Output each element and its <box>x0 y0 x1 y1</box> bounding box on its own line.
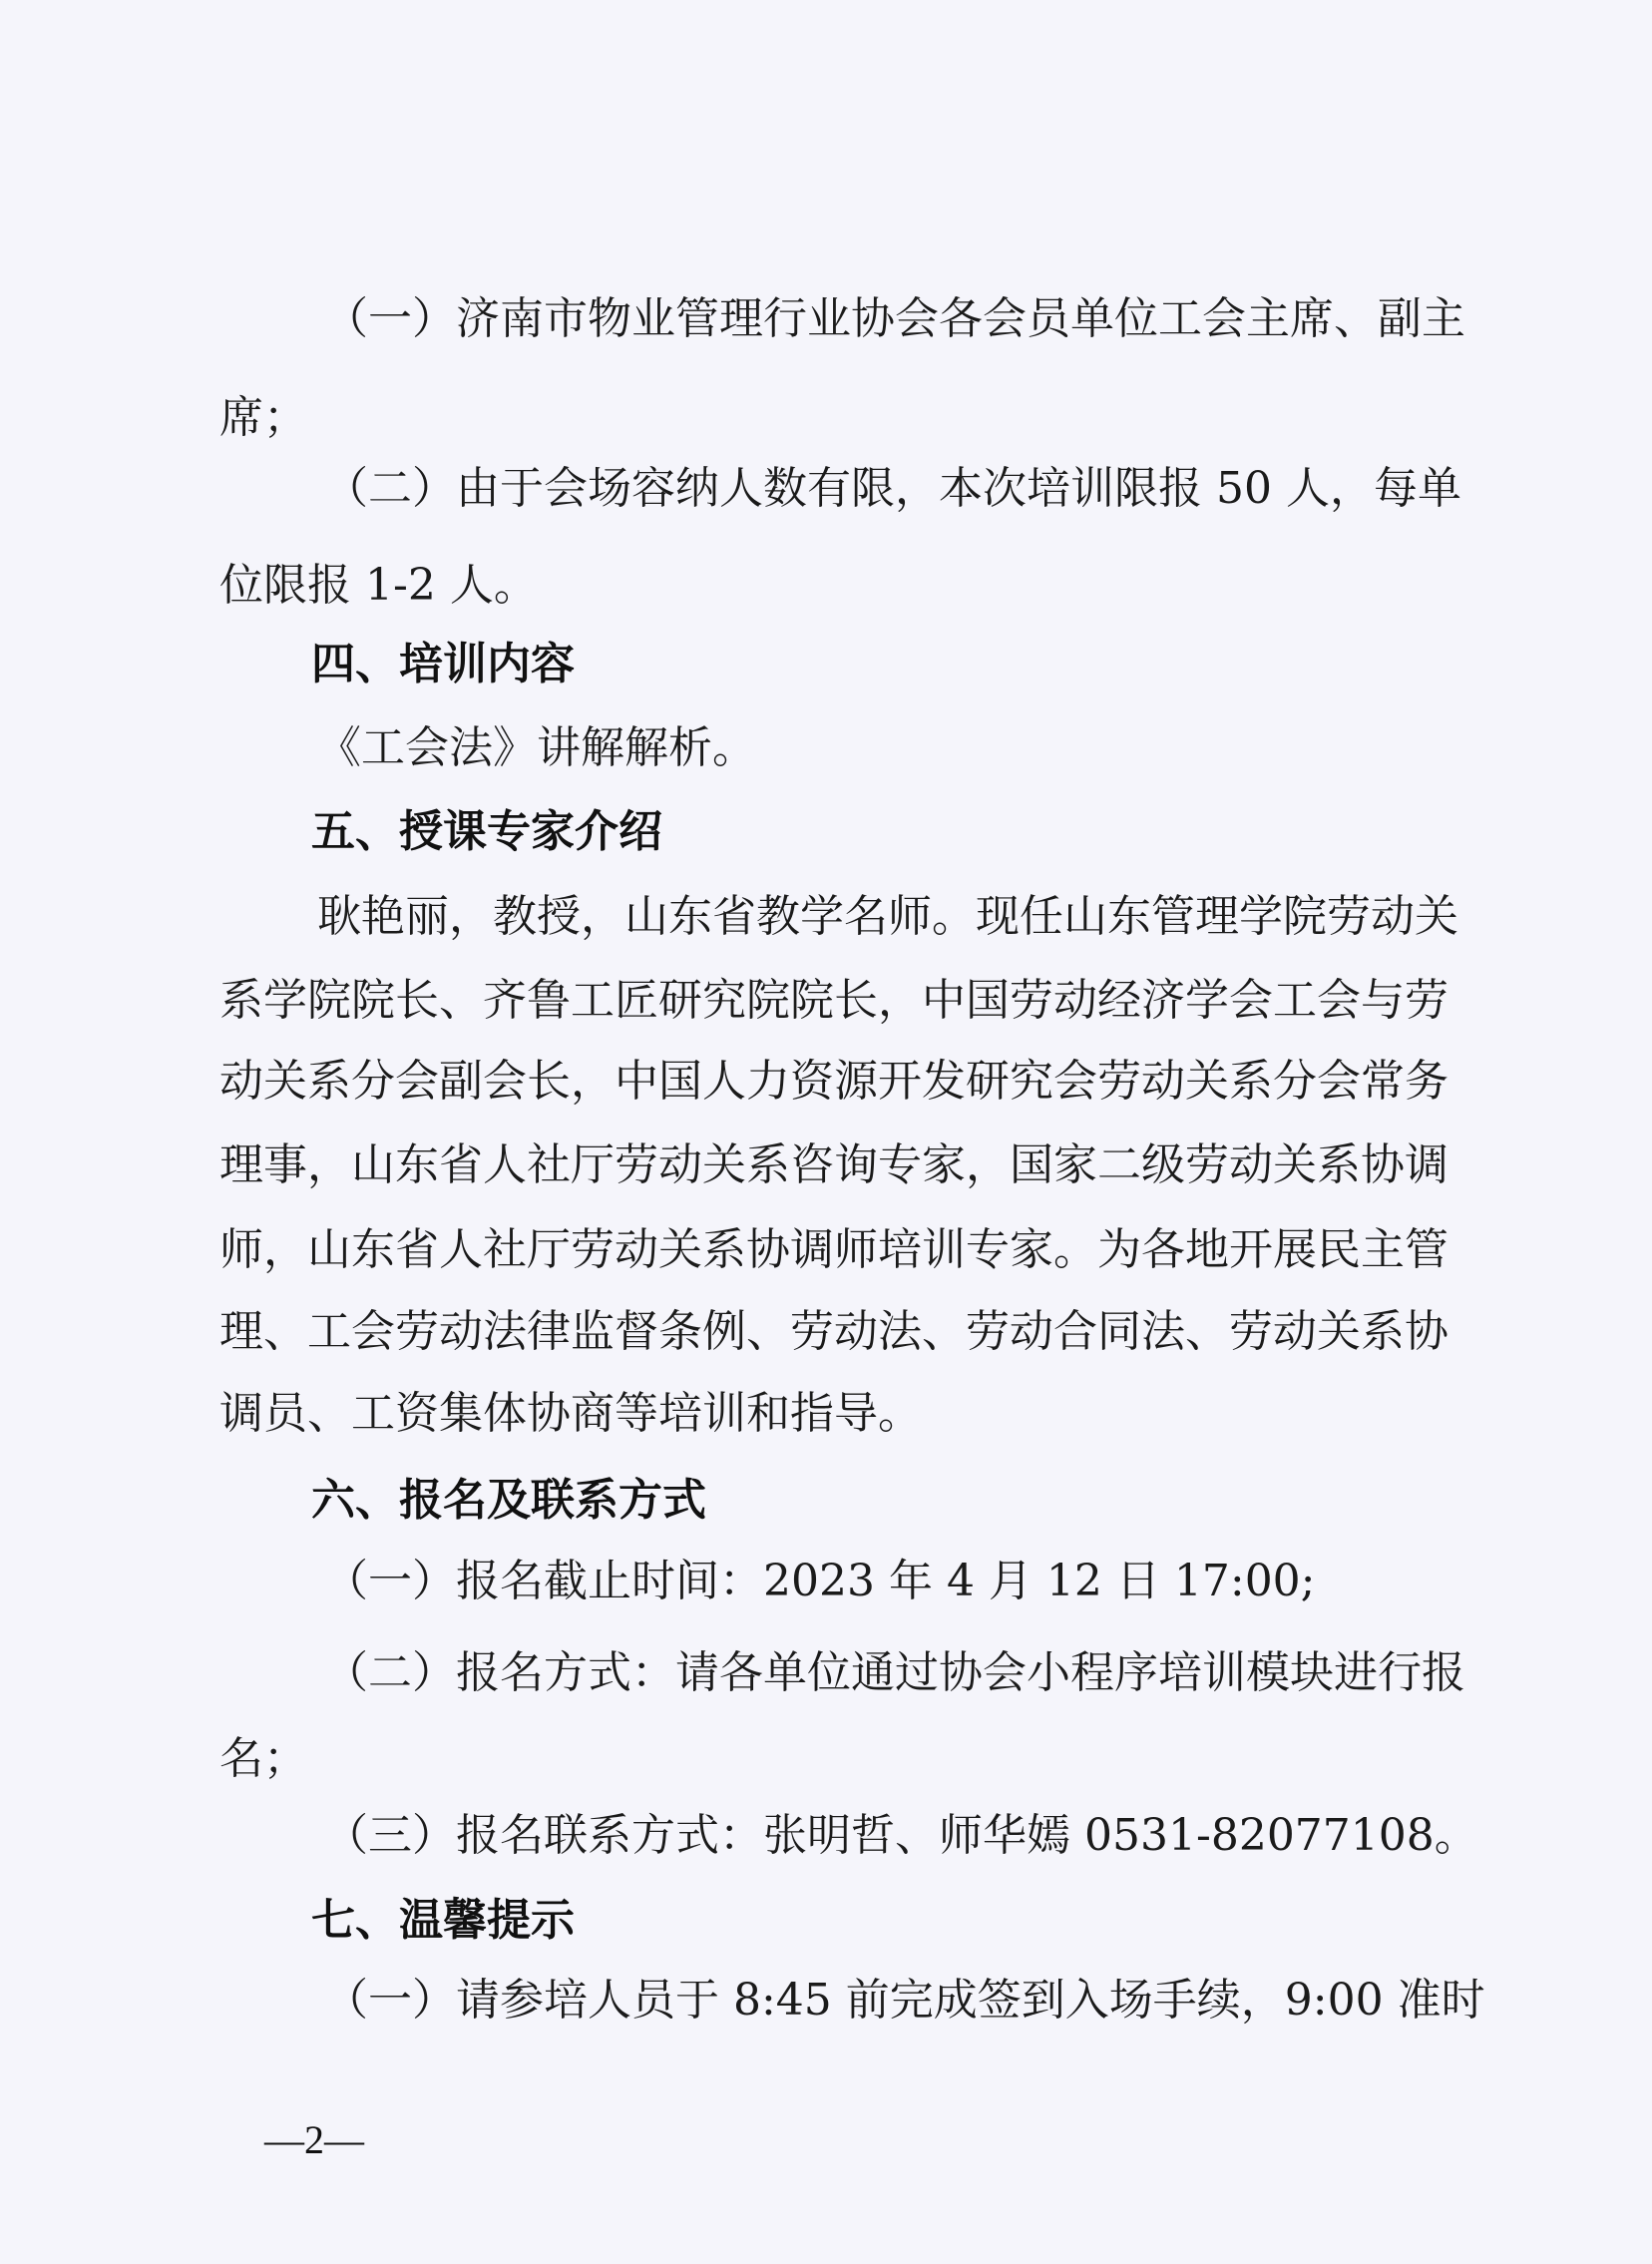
eligibility-item-2-line-1: （二）由于会场容纳人数有限，本次培训限报 50 人，每单 <box>324 459 1432 519</box>
section-6-item-2-line-2: 名； <box>219 1729 307 1789</box>
eligibility-item-1-line-1: （一）济南市物业管理行业协会各会员单位工会主席、副主 <box>324 289 1432 349</box>
section-7-item-1-line-1: （一）请参培人员于 8:45 前完成签到入场手续，9:00 准时 <box>324 1971 1432 2031</box>
section-6-item-2-line-1: （二）报名方式：请各单位通过协会小程序培训模块进行报 <box>324 1643 1432 1703</box>
page-number: —2— <box>264 2115 364 2165</box>
section-5-body-line-1: 耿艳丽，教授，山东省教学名师。现任山东管理学院劳动关 <box>317 887 1432 947</box>
section-5-title: 五、授课专家介绍 <box>311 802 662 862</box>
eligibility-item-2-line-2: 位限报 1-2 人。 <box>219 556 538 616</box>
section-5-body-line-4: 理事，山东省人社厅劳动关系咨询专家，国家二级劳动关系协调 <box>219 1135 1432 1195</box>
section-6-item-1: （一）报名截止时间：2023 年 4 月 12 日 17:00; <box>324 1552 1316 1611</box>
section-5-body-line-2: 系学院院长、齐鲁工匠研究院院长，中国劳动经济学会工会与劳 <box>219 971 1432 1031</box>
eligibility-item-1-line-2: 席； <box>219 388 307 448</box>
section-5-body-line-5: 师，山东省人社厅劳动关系协调师培训专家。为各地开展民主管 <box>219 1220 1432 1280</box>
section-5-body-line-7: 调员、工资集体协商等培训和指导。 <box>219 1384 922 1444</box>
section-5-body-line-6: 理、工会劳动法律监督条例、劳动法、劳动合同法、劳动关系协 <box>219 1302 1432 1362</box>
document-page: （一）济南市物业管理行业协会各会员单位工会主席、副主 席； （二）由于会场容纳人… <box>0 0 1652 2264</box>
section-6-item-3: （三）报名联系方式：张明哲、师华嫣 0531-82077108。 <box>324 1806 1478 1866</box>
section-5-body-line-3: 动关系分会副会长，中国人力资源开发研究会劳动关系分会常务 <box>219 1052 1432 1112</box>
section-6-title: 六、报名及联系方式 <box>311 1471 706 1531</box>
section-4-title: 四、培训内容 <box>311 635 575 694</box>
section-4-body: 《工会法》讲解解析。 <box>317 718 756 778</box>
section-7-title: 七、温馨提示 <box>311 1891 575 1951</box>
